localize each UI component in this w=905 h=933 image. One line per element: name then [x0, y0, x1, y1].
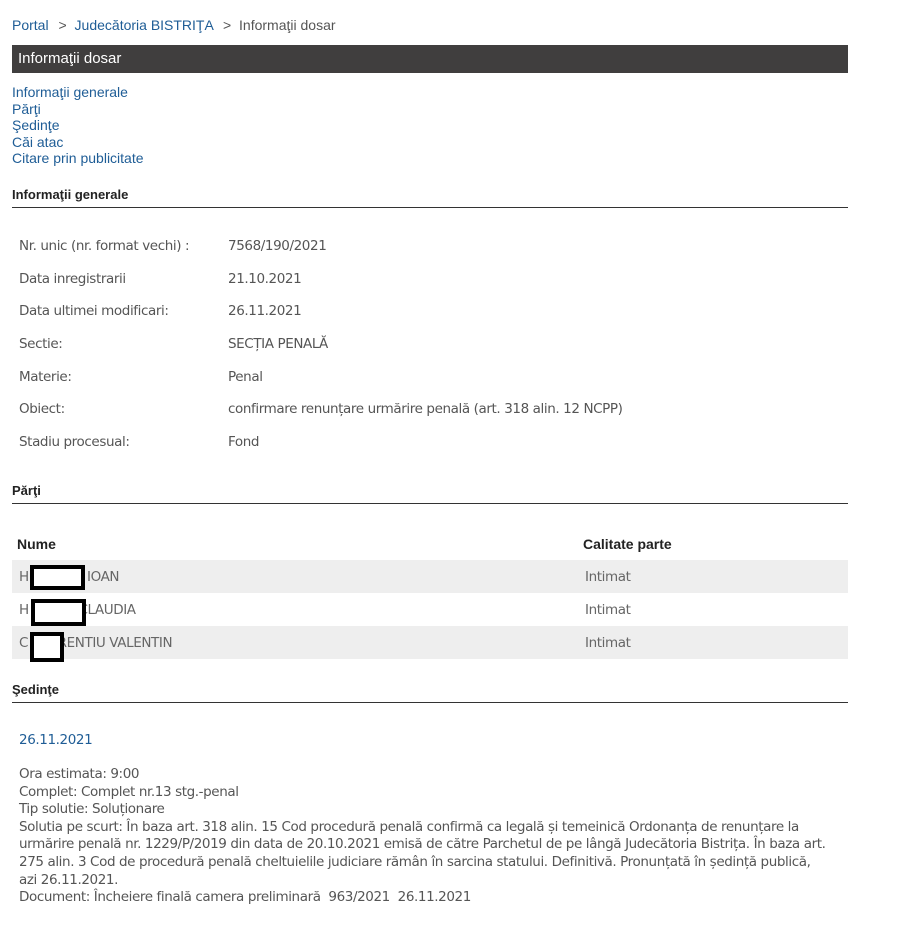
section-heading-informatii-generale: Informaţii generale — [12, 187, 848, 208]
parti-table: Nume Calitate parte H TIBERIU IOAN Intim… — [12, 528, 848, 659]
info-value: confirmare renunțare urmărire penală (ar… — [228, 401, 623, 417]
info-label: Data inregistrarii — [19, 271, 126, 287]
party-name: H ELENA CLAUDIA — [12, 593, 578, 626]
party-role: Intimat — [578, 560, 848, 593]
info-value: 7568/190/2021 — [228, 238, 326, 254]
sedinta-document: Document: Încheiere finală camera prelim… — [19, 889, 829, 907]
breadcrumb-current: Informaţii dosar — [239, 17, 335, 33]
info-label: Materie: — [19, 369, 71, 385]
sedinta-date-link[interactable]: 26.11.2021 — [19, 732, 92, 748]
info-label: Data ultimei modificari: — [19, 303, 169, 319]
table-row: C LAURENTIU VALENTIN Intimat — [12, 626, 848, 659]
toc-informatii-generale[interactable]: Informaţii generale — [12, 84, 144, 101]
sedinta-tip-solutie: Tip solutie: Soluționare — [19, 801, 829, 819]
section-heading-sedinte: Şedinţe — [12, 682, 848, 703]
breadcrumb-separator: > — [223, 17, 231, 33]
info-label: Obiect: — [19, 401, 65, 417]
sedinta-details: Ora estimata: 9:00 Complet: Complet nr.1… — [19, 766, 829, 907]
page-title: Informaţii dosar — [12, 45, 848, 73]
breadcrumb: Portal > Judecătoria BISTRIŢA > Informaţ… — [12, 17, 336, 33]
info-value: SECȚIA PENALĂ — [228, 336, 328, 352]
party-name: C LAURENTIU VALENTIN — [12, 626, 578, 659]
info-label: Stadiu procesual: — [19, 434, 129, 450]
party-name: H TIBERIU IOAN — [12, 560, 578, 593]
sedinta-complet: Complet: Complet nr.13 stg.-penal — [19, 784, 829, 802]
redaction-box — [30, 565, 85, 590]
info-label: Sectie: — [19, 336, 62, 352]
redaction-box — [31, 599, 86, 626]
toc-parti[interactable]: Părţi — [12, 101, 144, 118]
sedinta-solutia: Solutia pe scurt: În baza art. 318 alin.… — [19, 819, 829, 889]
column-header-calitate-parte: Calitate parte — [578, 528, 848, 560]
table-row: H TIBERIU IOAN Intimat — [12, 560, 848, 593]
breadcrumb-court[interactable]: Judecătoria BISTRIŢA — [75, 17, 214, 33]
party-role: Intimat — [578, 593, 848, 626]
table-header-row: Nume Calitate parte — [12, 528, 848, 560]
table-of-contents: Informaţii generale Părţi Şedinţe Căi at… — [12, 84, 144, 167]
toc-sedinte[interactable]: Şedinţe — [12, 117, 144, 134]
info-value: 21.10.2021 — [228, 271, 301, 287]
redaction-box — [30, 632, 64, 662]
info-value: Penal — [228, 369, 263, 385]
toc-citare-prin-publicitate[interactable]: Citare prin publicitate — [12, 150, 144, 167]
info-label: Nr. unic (nr. format vechi) : — [19, 238, 189, 254]
party-role: Intimat — [578, 626, 848, 659]
breadcrumb-portal[interactable]: Portal — [12, 17, 49, 33]
table-row: H ELENA CLAUDIA Intimat — [12, 593, 848, 626]
column-header-nume: Nume — [12, 528, 578, 560]
info-value: 26.11.2021 — [228, 303, 301, 319]
section-heading-parti: Părţi — [12, 483, 848, 504]
breadcrumb-separator: > — [58, 17, 66, 33]
info-value: Fond — [228, 434, 259, 450]
sedinta-ora: Ora estimata: 9:00 — [19, 766, 829, 784]
toc-cai-atac[interactable]: Căi atac — [12, 134, 144, 151]
